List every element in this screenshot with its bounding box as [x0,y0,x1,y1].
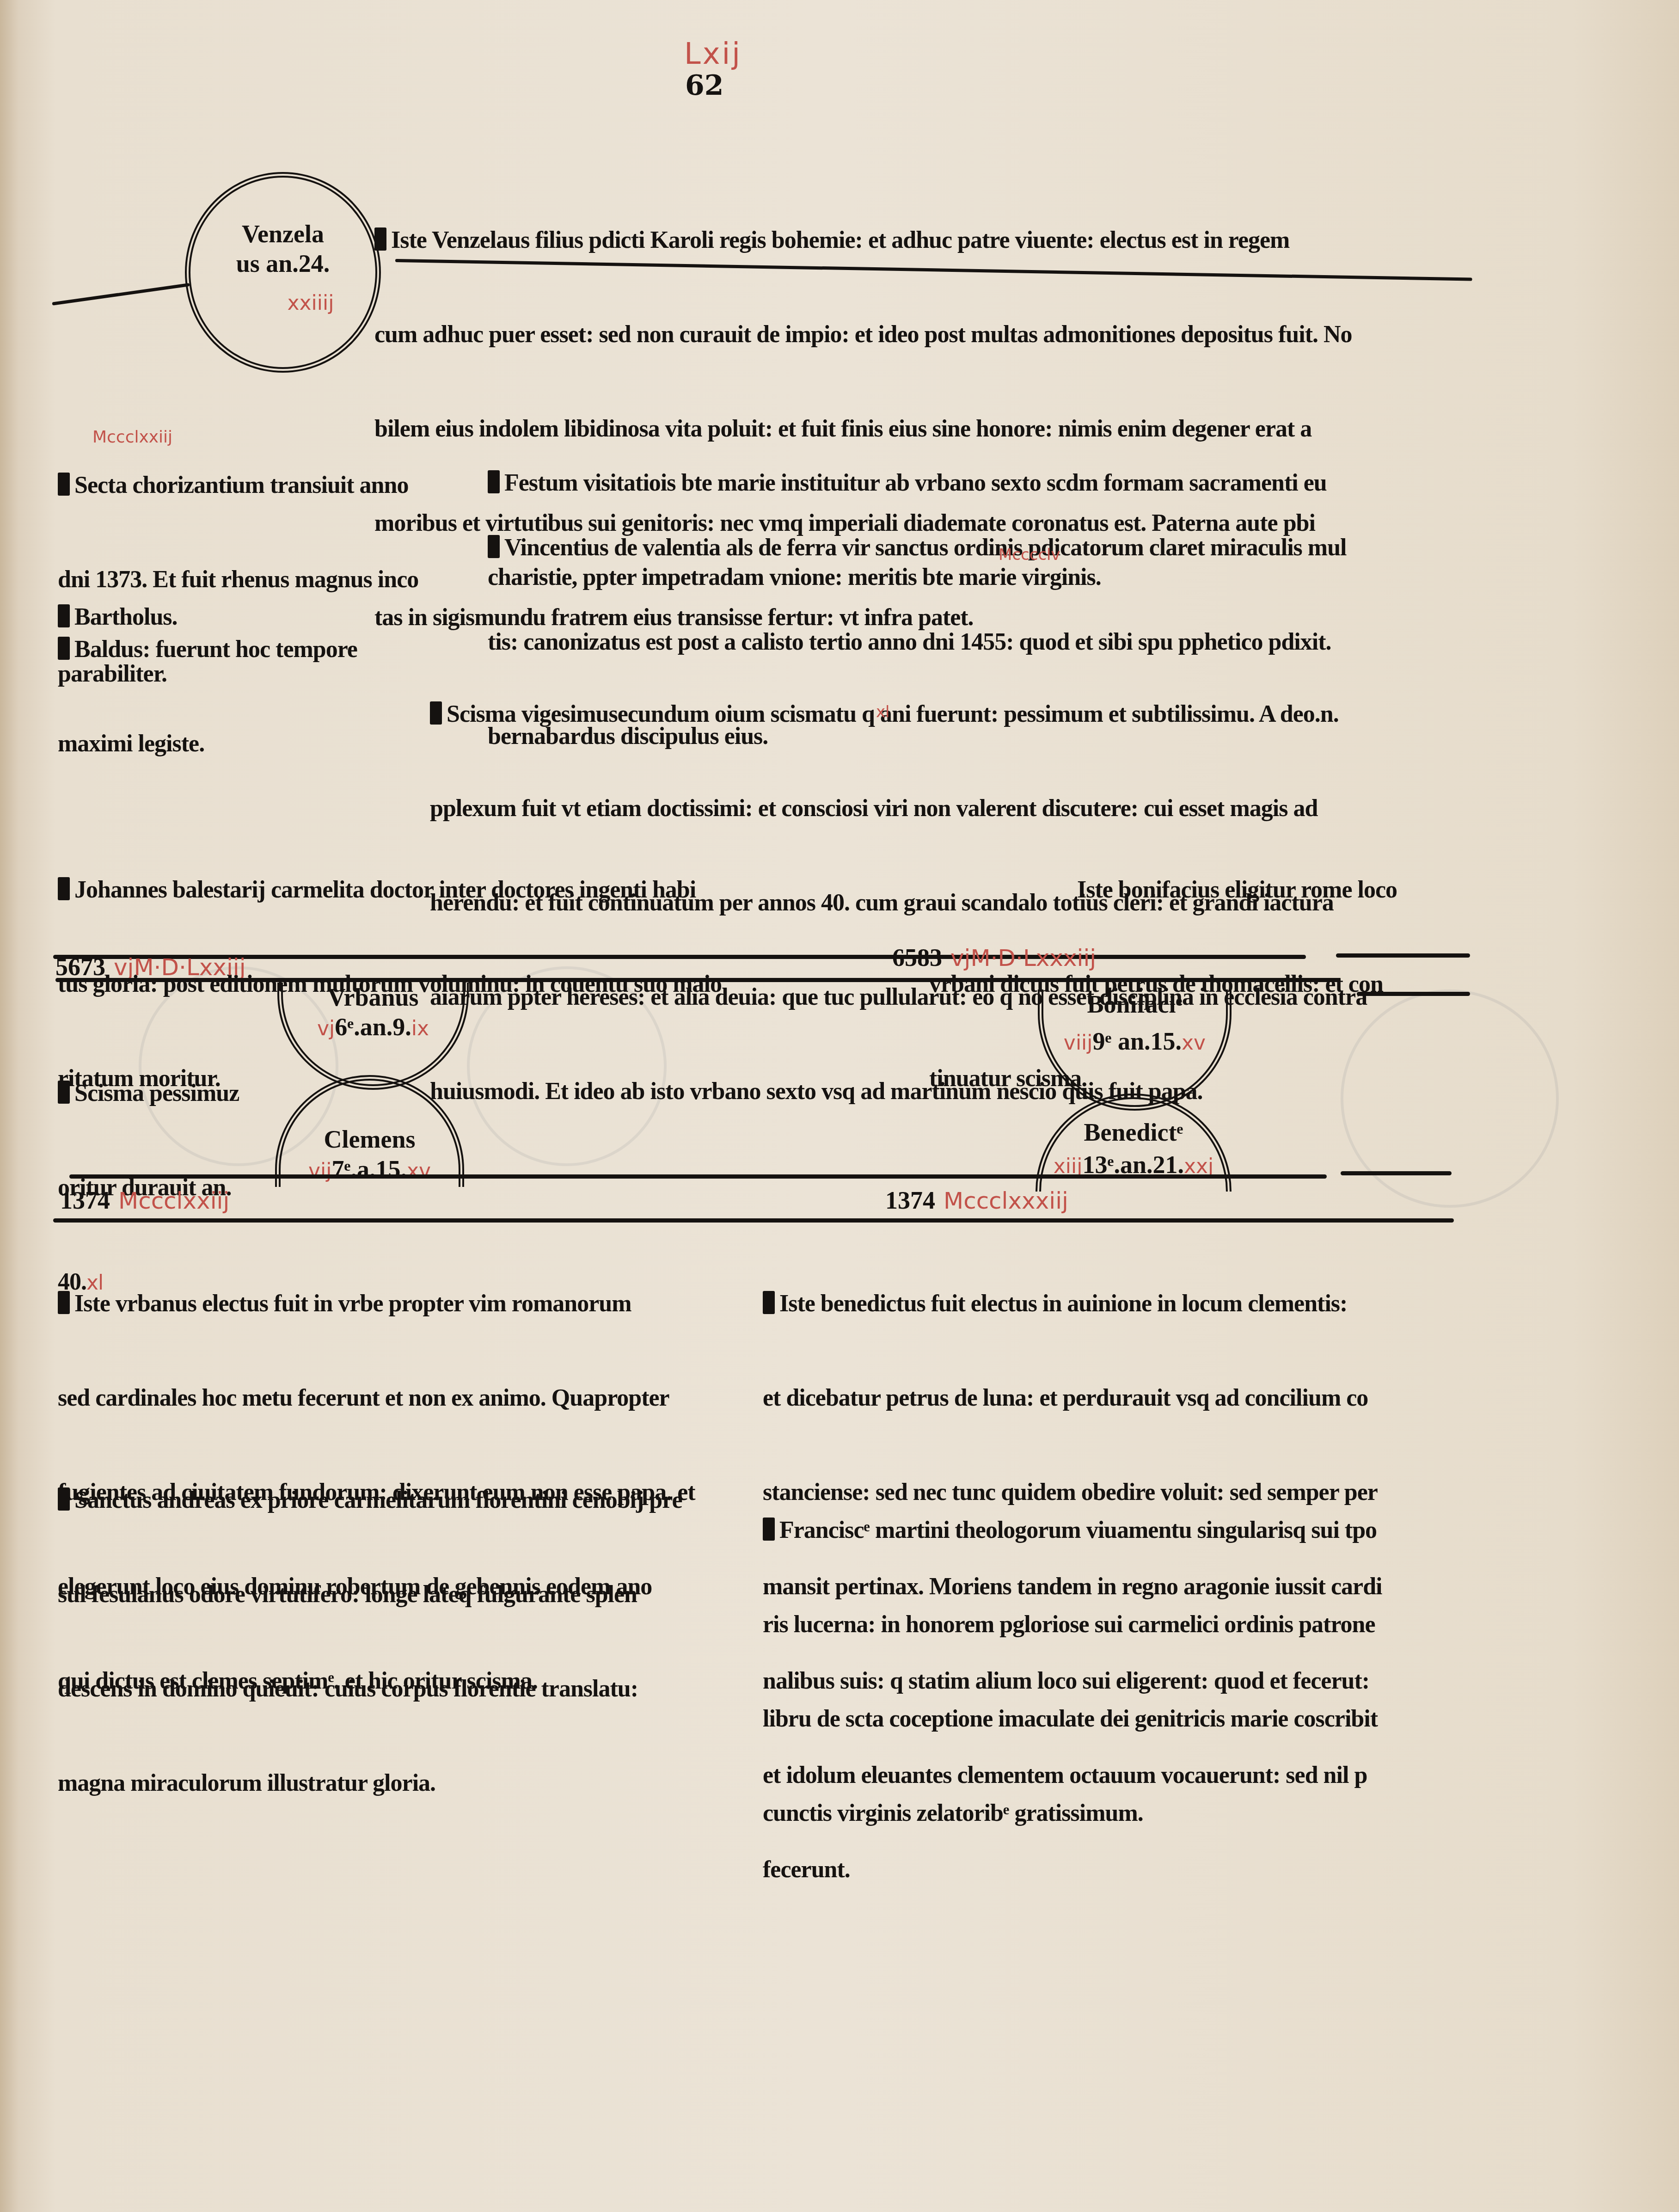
pilcrow-icon [58,1081,70,1104]
pilcrow-icon [58,1291,70,1314]
timeline-year-left: 5673vjM·D·Lxxiij [55,952,246,981]
pope-reign: vij7ᵉ.a.15.xv [281,1155,459,1186]
pilcrow-icon [763,1291,775,1314]
vincentius-red-note: Mcccclv [999,546,1060,564]
pilcrow-icon [58,637,70,660]
pilcrow-icon [763,1518,775,1541]
pope-name: Bonifaciᵉ [1043,989,1226,1019]
pilcrow-icon [488,535,500,558]
pope-reign: viij9ᵉ an.15.xv [1043,1026,1226,1058]
connector-line [52,283,190,306]
baldus-entry: Baldus: fuerunt hoc tempore maximi legis… [58,571,357,823]
timeline-rule [1341,1171,1452,1175]
pope-name: Clemens [281,1124,459,1154]
timeline-year-right-bottom: 1374Mccclxxxiij [885,1186,1068,1215]
timeline-rule [53,1218,1454,1223]
venselaus-medallion: Venzela us an.24. xxiiij [185,172,381,373]
pilcrow-icon [58,1487,70,1511]
pope-reign: vj6ᵉ.an.9.ix [283,1012,463,1044]
folio-number: 62 [685,69,724,102]
secta-red-note: Mccclxxiij [92,428,172,447]
scisma-red-note: xl [876,703,890,721]
franciscus-paragraph: Franciscᵉ martini theologorum viuamentu … [763,1452,1378,1892]
pilcrow-icon [374,227,386,251]
book-page: Lxij 62 Venzela us an.24. xxiiij Iste Ve… [0,0,1679,2212]
folio-roman-numeral: Lxij [684,37,742,71]
medallion-name: Venzela [190,219,375,249]
timeline-rule [1357,992,1470,996]
medallion-reign: us an.24. [190,249,375,278]
timeline-year-right: 6583vjM·D·Lxxxiij [892,943,1096,972]
timeline-rule [1336,953,1470,958]
pope-name: Vrbanus [283,983,463,1012]
pilcrow-icon [58,473,70,496]
andreas-paragraph: Sanctus andreas ex priore carmelitarum f… [58,1422,682,1862]
pope-name: Benedictᵉ [1041,1118,1226,1147]
timeline-rule [69,1174,1327,1179]
timeline-year-left-bottom: 1374Mccclxxiij [60,1186,229,1215]
timeline-rule [55,978,1341,982]
pilcrow-icon [58,877,70,900]
pilcrow-icon [430,701,442,725]
